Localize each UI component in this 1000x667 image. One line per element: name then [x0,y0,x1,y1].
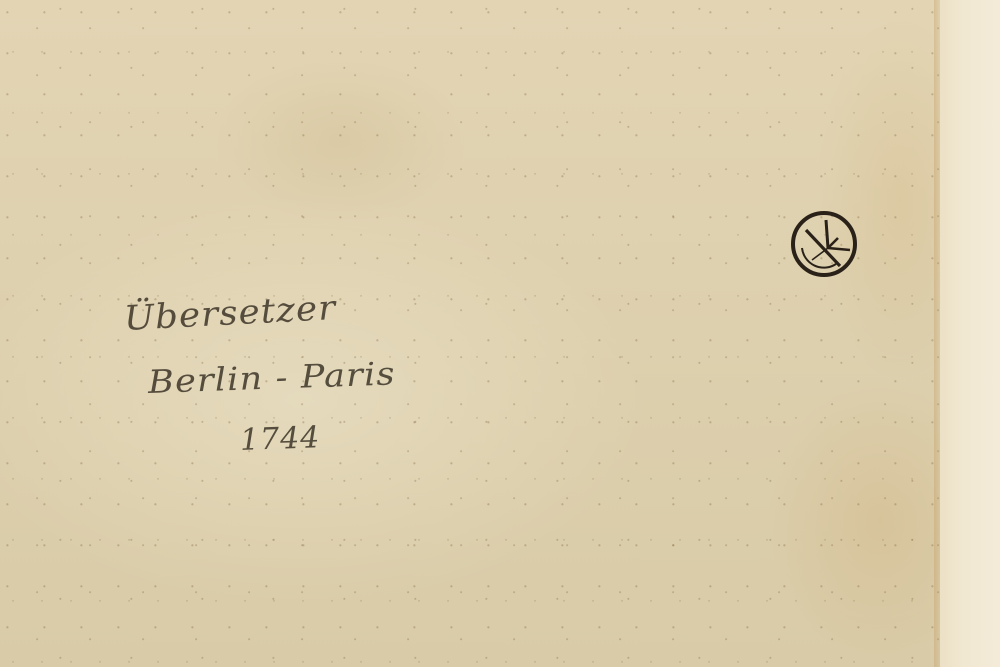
inscription-line-places: Berlin - Paris [147,354,396,401]
aged-paper-sheet: Übersetzer Berlin - Paris 1744 [0,0,940,667]
collector-stamp-icon [788,208,860,280]
photo-scene: Übersetzer Berlin - Paris 1744 [0,0,1000,667]
mount-board [940,0,1000,667]
pencil-inscription: Übersetzer Berlin - Paris 1744 [110,285,450,475]
inscription-line-year: 1744 [239,420,321,458]
inscription-line-title: Übersetzer [123,288,337,339]
